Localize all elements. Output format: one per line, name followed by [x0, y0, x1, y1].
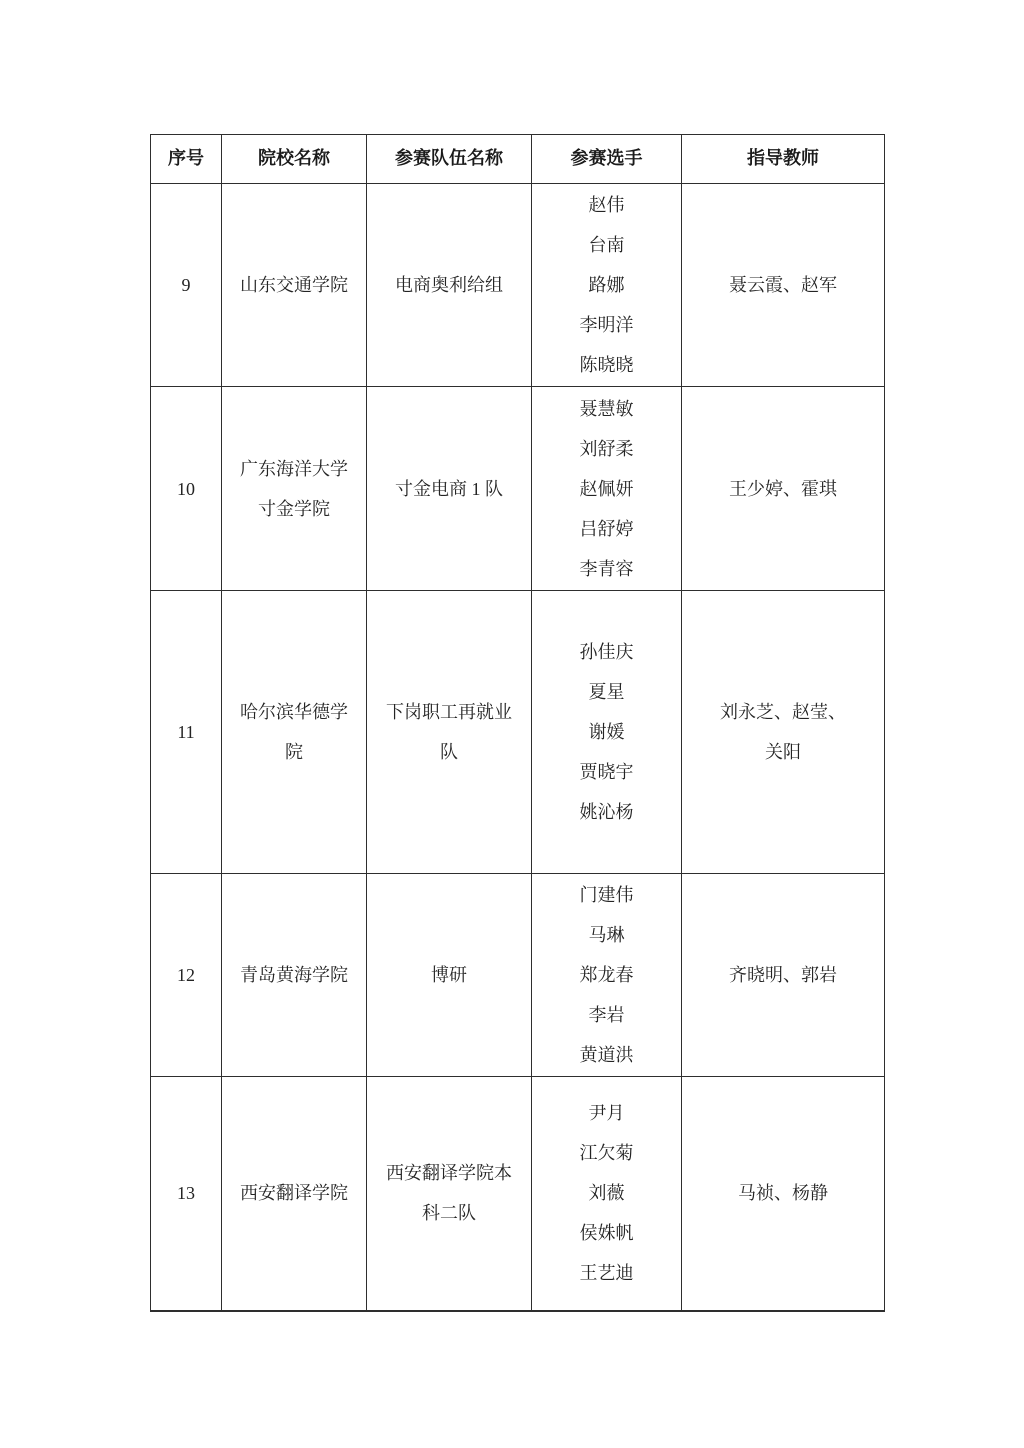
row-10-team-cell: 寸金电商 1 队 [367, 387, 532, 591]
row-9-serial-cell: 9 [151, 184, 222, 387]
table-row: 9 山东交通学院 电商奥利给组 赵伟 台南 路娜 李明洋 陈晓晓 聂云霞、赵军 [151, 184, 885, 387]
row-9-team-cell: 电商奥利给组 [367, 184, 532, 387]
header-serial-number: 序号 [151, 135, 222, 184]
header-school-name: 院校名称 [222, 135, 367, 184]
row-13-school-cell: 西安翻译学院 [222, 1077, 367, 1311]
row-9-teachers-cell: 聂云霞、赵军 [682, 184, 885, 387]
row-12-team-cell: 博研 [367, 874, 532, 1077]
table-header-row: 序号 院校名称 参赛队伍名称 参赛选手 指导教师 [151, 135, 885, 184]
row-13-teachers-cell: 马祯、杨静 [682, 1077, 885, 1311]
row-13-players-cell: 尹月 江欠菊 刘薇 侯姝帆 王艺迪 [532, 1077, 682, 1311]
row-13-serial-cell: 13 [151, 1077, 222, 1311]
row-12-teachers-cell: 齐晓明、郭岩 [682, 874, 885, 1077]
header-players: 参赛选手 [532, 135, 682, 184]
row-11-teachers-cell: 刘永芝、赵莹、 关阳 [682, 591, 885, 874]
row-11-serial-cell: 11 [151, 591, 222, 874]
row-11-school-cell: 哈尔滨华德学 院 [222, 591, 367, 874]
row-10-teachers-cell: 王少婷、霍琪 [682, 387, 885, 591]
row-12-players-cell: 门建伟 马琳 郑龙春 李岩 黄道洪 [532, 874, 682, 1077]
document-page: 序号 院校名称 参赛队伍名称 参赛选手 指导教师 9 山东交通学院 电商奥利给组… [150, 134, 885, 1312]
row-10-players-cell: 聂慧敏 刘舒柔 赵佩妍 吕舒婷 李青容 [532, 387, 682, 591]
header-teachers: 指导教师 [682, 135, 885, 184]
row-12-serial-cell: 12 [151, 874, 222, 1077]
table-row: 11 哈尔滨华德学 院 下岗职工再就业 队 孙佳庆 夏星 谢媛 贾晓宇 姚沁杨 … [151, 591, 885, 874]
row-13-team-cell: 西安翻译学院本 科二队 [367, 1077, 532, 1311]
table-row: 12 青岛黄海学院 博研 门建伟 马琳 郑龙春 李岩 黄道洪 齐晓明、郭岩 [151, 874, 885, 1077]
row-12-school-cell: 青岛黄海学院 [222, 874, 367, 1077]
row-9-players-cell: 赵伟 台南 路娜 李明洋 陈晓晓 [532, 184, 682, 387]
row-11-team-cell: 下岗职工再就业 队 [367, 591, 532, 874]
row-9-school-cell: 山东交通学院 [222, 184, 367, 387]
row-10-serial-cell: 10 [151, 387, 222, 591]
table-row: 13 西安翻译学院 西安翻译学院本 科二队 尹月 江欠菊 刘薇 侯姝帆 王艺迪 … [151, 1077, 885, 1311]
table-row: 10 广东海洋大学 寸金学院 寸金电商 1 队 聂慧敏 刘舒柔 赵佩妍 吕舒婷 … [151, 387, 885, 591]
teams-table: 序号 院校名称 参赛队伍名称 参赛选手 指导教师 9 山东交通学院 电商奥利给组… [150, 134, 885, 1312]
header-team-name: 参赛队伍名称 [367, 135, 532, 184]
row-11-players-cell: 孙佳庆 夏星 谢媛 贾晓宇 姚沁杨 [532, 591, 682, 874]
row-10-school-cell: 广东海洋大学 寸金学院 [222, 387, 367, 591]
